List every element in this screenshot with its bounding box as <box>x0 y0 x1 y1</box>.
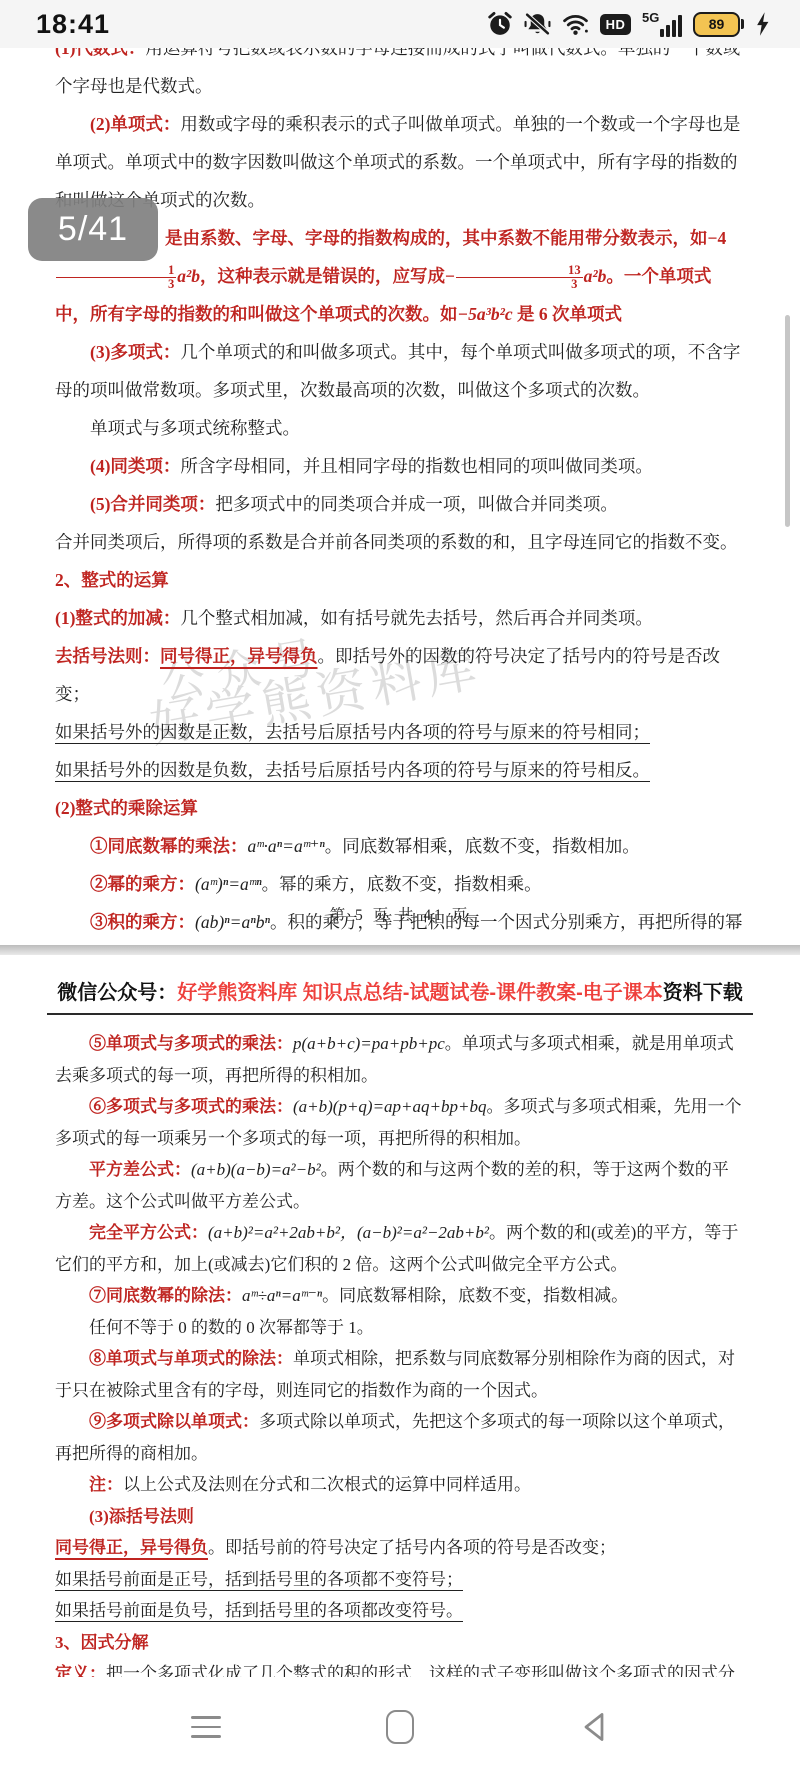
text-run: 如果括号外的因数是正数，去括号后原括号内各项的符号与原来的符号相同； <box>55 722 650 742</box>
text-run: 所含字母相同，并且相同字母的指数也相同的项叫做同类项。 <box>180 456 653 476</box>
text-run: ⑥多项式与多项式的乘法： <box>89 1097 293 1116</box>
text-run: ⑦同底数幂的除法： <box>89 1286 242 1305</box>
text-run: a²b <box>584 266 607 286</box>
text-run: ⑧单项式与单项式的除法： <box>89 1349 293 1368</box>
signal-bars-icon: 5G <box>642 11 682 38</box>
text-run: ⑤单项式与多项式的乘法： <box>89 1034 293 1053</box>
page-separator <box>0 945 800 955</box>
text-run: (a+b)(p+q)=ap+aq+bp+bq <box>293 1097 486 1116</box>
text-run: 去括号法则： <box>55 646 160 666</box>
paragraph: 如果括号外的因数是负数，去括号后原括号内各项的符号与原来的符号相反。 <box>55 751 745 789</box>
paragraph: 个字母也是代数式。 <box>55 67 745 105</box>
paragraph: 如果括号前面是负号，括到括号里的各项都改变符号。 <box>55 1595 745 1627</box>
paragraph: 合并同类项后，所得项的系数是合并前各同类项的系数的和，且字母连同它的指数不变。 <box>55 523 745 561</box>
paragraph: (4)同类项：所含字母相同，并且相同字母的指数也相同的项叫做同类项。 <box>55 447 745 485</box>
document-page-2: 微信公众号：好学熊资料库 知识点总结-试题试卷-课件教案-电子课本资料下载 ⑤单… <box>0 955 800 1677</box>
text-run: 平方差公式： <box>89 1160 191 1179</box>
text-run: ①同底数幂的乘法： <box>90 836 248 856</box>
status-icons: HD 5G 89 <box>487 11 770 38</box>
paragraph: (2)单项式：用数或字母的乘积表示的式子叫做单项式。单独的一个数或一个字母也是单… <box>55 105 745 219</box>
paragraph: (5)合并同类项：把多项式中的同类项合并成一项，叫做合并同类项。 <box>55 485 745 523</box>
header-highlight: 好学熊资料库 知识点总结-试题试卷-课件教案-电子课本 <box>177 982 663 1004</box>
paragraph: 3、因式分解 <box>55 1627 745 1659</box>
page-1-content: (1)代数式：用运算符号把数或表示数的字母连接而成的式子叫做代数式。单独的一个数… <box>55 48 745 945</box>
home-icon <box>386 1710 414 1744</box>
paragraph: (3)多项式：几个单项式的和叫做多项式。其中，每个单项式叫做多项式的项，不含字母… <box>55 333 745 409</box>
text-run: 任何不等于 0 的数的 0 次幂都等于 1。 <box>89 1318 374 1337</box>
text-run: 。同底数幂相乘，底数不变，指数相加。 <box>325 836 640 856</box>
battery-body: 89 <box>693 12 740 37</box>
text-run: 3、因式分解 <box>55 1633 149 1652</box>
text-run: 。幂的乘方，底数不变，指数相乘。 <box>262 874 542 894</box>
paragraph: 平方差公式：(a+b)(a−b)=a²−b²。两个数的和与这两个数的差的积，等于… <box>55 1154 745 1217</box>
text-run: 把多项式中的同类项合并成一项，叫做合并同类项。 <box>215 494 618 514</box>
text-run: 合并同类项后，所得项的系数是合并前各同类项的系数的和，且字母连同它的指数不变。 <box>55 532 738 552</box>
paragraph: 完全平方公式：(a+b)²=a²+2ab+b²，(a−b)²=a²−2ab+b²… <box>55 1217 745 1280</box>
text-run: 同号得正，异号得负 <box>55 1538 208 1557</box>
paragraph: ⑦同底数幂的除法：aᵐ÷aⁿ=aᵐ⁻ⁿ。同底数幂相除，底数不变，指数相减。 <box>55 1280 745 1312</box>
menu-button[interactable] <box>186 1707 226 1747</box>
battery-nub <box>741 19 744 29</box>
alarm-icon <box>487 11 513 37</box>
paragraph: 去括号法则：同号得正，异号得负。即括号外的因数的符号决定了括号内的符号是否改变； <box>55 637 745 713</box>
paragraph: (1)整式的加减：几个整式相加减，如有括号就先去括号，然后再合并同类项。 <box>55 599 745 637</box>
text-run: aᵐ·aⁿ=aᵐ⁺ⁿ <box>248 836 325 856</box>
text-run: 如果括号外的因数是负数，去括号后原括号内各项的符号与原来的符号相反。 <box>55 760 650 780</box>
paragraph: (3)添括号法则 <box>55 1501 745 1533</box>
text-run: 如果括号前面是正号，括到括号里的各项都不变符号； <box>55 1570 463 1589</box>
paragraph: 定义：把一个多项式化成了几个整式的积的形式，这样的式子变形叫做这个多项式的因式分 <box>55 1658 745 1677</box>
text-run: 是 6 次单项式 <box>513 304 622 324</box>
text-run: 以上公式及法则在分式和二次根式的运算中同样适用。 <box>123 1475 531 1494</box>
text-run: 如果括号前面是负号，括到括号里的各项都改变符号。 <box>55 1601 463 1620</box>
paragraph: 是由系数、字母、字母的指数构成的，其中系数不能用带分数表示，如−413a²b，这… <box>55 219 745 333</box>
text-run: a²b <box>177 266 200 286</box>
paragraph: ⑧单项式与单项式的除法：单项式相除，把系数与同底数幂分别相除作为商的因式，对于只… <box>55 1343 745 1406</box>
text-run: (1)代数式： <box>55 48 145 58</box>
header-prefix: 微信公众号： <box>57 982 177 1004</box>
android-nav-bar <box>0 1677 800 1777</box>
fraction: 133 <box>455 264 584 293</box>
text-run: 同号得正，异号得负 <box>160 646 318 666</box>
status-bar: 18:41 HD 5G 8 <box>0 0 800 48</box>
page-number-badge: 5/41 <box>28 198 158 261</box>
back-button[interactable] <box>574 1707 614 1747</box>
text-run: 完全平方公式： <box>89 1223 208 1242</box>
text-run: (a+b)(a−b)=a²−b² <box>191 1160 321 1179</box>
battery-percent: 89 <box>709 16 725 32</box>
paragraph: ⑥多项式与多项式的乘法：(a+b)(p+q)=ap+aq+bp+bq。多项式与多… <box>55 1091 745 1154</box>
scrollbar-thumb[interactable] <box>785 315 790 527</box>
document-page-1: 公众号 好学熊资料库 (1)代数式：用运算符号把数或表示数的字母连接而成的式子叫… <box>0 48 800 945</box>
signal-strength-bars <box>660 15 682 37</box>
text-run: 是由系数、字母、字母的指数构成的，其中系数不能用带分数表示，如−4 <box>165 228 726 248</box>
text-run: (4)同类项： <box>90 456 180 476</box>
text-run: aᵐ÷aⁿ=aᵐ⁻ⁿ <box>242 1286 322 1305</box>
network-type-label: 5G <box>642 10 659 25</box>
text-run: 用运算符号把数或表示数的字母连接而成的式子叫做代数式。单独的一个数或 <box>145 48 740 58</box>
text-run: (a+b)²=a²+2ab+b²，(a−b)²=a²−2ab+b² <box>208 1223 489 1242</box>
paragraph: 注：以上公式及法则在分式和二次根式的运算中同样适用。 <box>55 1469 745 1501</box>
home-button[interactable] <box>380 1707 420 1747</box>
paragraph: ⑨多项式除以单项式：多项式除以单项式，先把这个多项式的每一项除以这个单项式，再把… <box>55 1406 745 1469</box>
fraction: 13 <box>55 264 177 293</box>
menu-icon <box>191 1716 221 1738</box>
text-run: −5a³b²c <box>458 304 513 324</box>
paragraph: 如果括号外的因数是正数，去括号后原括号内各项的符号与原来的符号相同； <box>55 713 745 751</box>
text-run: 。即括号前的符号决定了括号内各项的符号是否改变； <box>208 1538 616 1557</box>
text-run: 几个整式相加减，如有括号就先去括号，然后再合并同类项。 <box>180 608 653 628</box>
text-run: (2)单项式： <box>90 114 180 134</box>
text-run: (aᵐ)ⁿ=aᵐⁿ <box>195 874 262 894</box>
back-icon <box>579 1711 609 1743</box>
page-2-header: 微信公众号：好学熊资料库 知识点总结-试题试卷-课件教案-电子课本资料下载 <box>55 979 745 1007</box>
clock-time: 18:41 <box>36 9 110 40</box>
text-run: 注： <box>89 1475 123 1494</box>
paragraph: 2、整式的运算 <box>55 561 745 599</box>
paragraph: ①同底数幂的乘法：aᵐ·aⁿ=aᵐ⁺ⁿ。同底数幂相乘，底数不变，指数相加。 <box>55 827 745 865</box>
text-run: (3)添括号法则 <box>89 1507 194 1526</box>
text-run: 把一个多项式化成了几个整式的积的形式，这样的式子变形叫做这个多项式的因式分 <box>106 1664 735 1677</box>
text-run: 2、整式的运算 <box>55 570 169 590</box>
text-run: (1)整式的加减： <box>55 608 180 628</box>
paragraph: ⑤单项式与多项式的乘法：p(a+b+c)=pa+pb+pc。单项式与多项式相乘，… <box>55 1028 745 1091</box>
text-run: ②幂的乘方： <box>90 874 195 894</box>
header-suffix: 资料下载 <box>663 982 743 1004</box>
phone-screen: { "status_bar": { "time": "18:41", "hd_l… <box>0 0 800 1777</box>
page-footer: 第 5 页 共 41 页 <box>0 897 800 935</box>
mute-icon <box>524 11 551 37</box>
paragraph: 如果括号前面是正号，括到括号里的各项都不变符号； <box>55 1564 745 1596</box>
text-run: (2)整式的乘除运算 <box>55 798 198 818</box>
wifi-icon <box>562 12 589 36</box>
text-run: 单项式与多项式统称整式。 <box>90 418 300 438</box>
paragraph: (2)整式的乘除运算 <box>55 789 745 827</box>
battery-icon: 89 <box>693 12 744 37</box>
paragraph: 同号得正，异号得负。即括号前的符号决定了括号内各项的符号是否改变； <box>55 1532 745 1564</box>
hd-icon: HD <box>600 14 631 35</box>
text-run: ⑨多项式除以单项式： <box>89 1412 259 1431</box>
text-run: ，这种表示就是错误的，应写成− <box>200 266 455 286</box>
text-run: 个字母也是代数式。 <box>55 76 213 96</box>
text-run: (3)多项式： <box>90 342 180 362</box>
text-run: 定义： <box>55 1664 106 1677</box>
text-run: (5)合并同类项： <box>90 494 215 514</box>
page-2-content: ⑤单项式与多项式的乘法：p(a+b+c)=pa+pb+pc。单项式与多项式相乘，… <box>55 1028 745 1677</box>
header-rule <box>47 1013 753 1015</box>
text-run: p(a+b+c)=pa+pb+pc <box>293 1034 445 1053</box>
text-run: 。同底数幂相除，底数不变，指数相减。 <box>322 1286 628 1305</box>
paragraph: 任何不等于 0 的数的 0 次幂都等于 1。 <box>55 1312 745 1344</box>
paragraph: 单项式与多项式统称整式。 <box>55 409 745 447</box>
charging-icon <box>755 11 770 37</box>
paragraph: (1)代数式：用运算符号把数或表示数的字母连接而成的式子叫做代数式。单独的一个数… <box>55 48 745 67</box>
